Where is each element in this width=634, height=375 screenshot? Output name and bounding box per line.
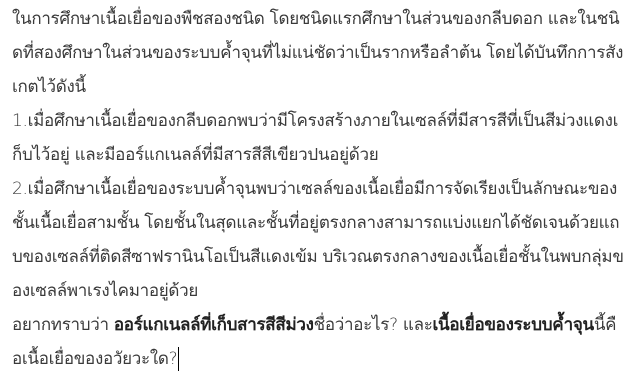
question-text-2: ชื่อว่าอะไร? และ — [314, 315, 433, 335]
observation-2-paragraph: 2.เมื่อศึกษาเนื้อเยื่อของระบบค้ำจุนพบว่า… — [12, 172, 624, 308]
text-cursor — [178, 347, 179, 371]
question-text-1: อยากทราบว่า — [12, 315, 114, 335]
text-editor[interactable]: ในการศึกษาเนื้อเยื่อของพืชสองชนิด โดยชนิ… — [0, 0, 634, 375]
question-paragraph: อยากทราบว่า ออร์แกเนลล์ที่เก็บสารสีสีม่ว… — [12, 308, 624, 375]
question-bold-tissue: เนื้อเยื่อของระบบค้ำจุน — [433, 315, 594, 335]
observation-1-paragraph: 1.เมื่อศึกษาเนื้อเยื่อของกลีบดอกพบว่ามีโ… — [12, 104, 624, 172]
intro-paragraph: ในการศึกษาเนื้อเยื่อของพืชสองชนิด โดยชนิ… — [12, 2, 624, 104]
question-bold-organelle: ออร์แกเนลล์ที่เก็บสารสีสีม่วง — [114, 315, 314, 335]
